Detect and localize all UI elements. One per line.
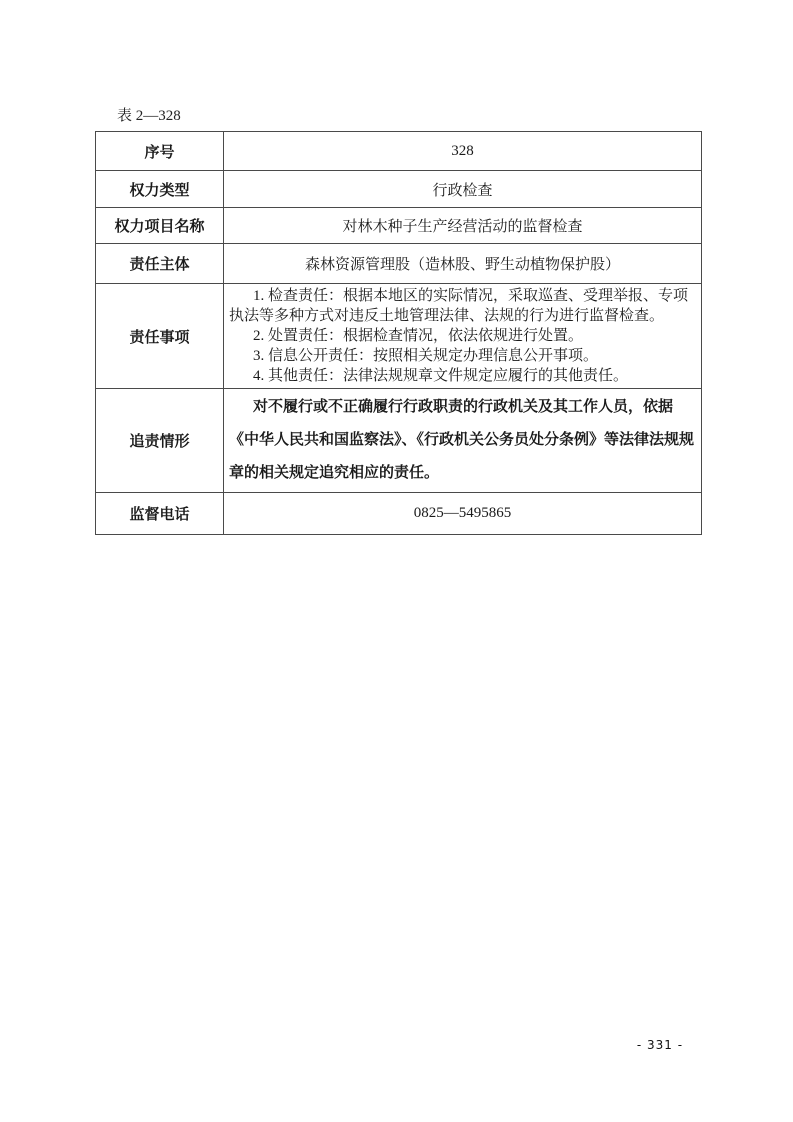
row-label-power-type: 权力类型: [96, 171, 224, 208]
page-number: - 331 -: [630, 1038, 690, 1052]
row-value-responsible-body: 森林资源管理股（造林股、野生动植物保护股）: [224, 244, 702, 284]
power-duty-table: 序号 328 权力类型 行政检查 权力项目名称 对林木种子生产经营活动的监督检查…: [95, 131, 702, 535]
row-label-responsible-body: 责任主体: [96, 244, 224, 284]
table-row-power-type: 权力类型 行政检查: [96, 171, 702, 208]
duty-item-4: 4. 其他责任：法律法规规章文件规定应履行的其他责任。: [229, 366, 696, 386]
row-label-accountability: 追责情形: [96, 389, 224, 493]
table-row-accountability: 追责情形 对不履行或不正确履行行政职责的行政机关及其工作人员，依据《中华人民共和…: [96, 389, 702, 493]
row-value-power-type: 行政检查: [224, 171, 702, 208]
row-value-power-item-name: 对林木种子生产经营活动的监督检查: [224, 208, 702, 244]
row-label-supervision-phone: 监督电话: [96, 493, 224, 535]
row-value-supervision-phone: 0825—5495865: [224, 493, 702, 535]
duty-item-2: 2. 处置责任：根据检查情况，依法依规进行处置。: [229, 326, 696, 346]
document-page: 表 2—328 序号 328 权力类型 行政检查 权力项目名称 对林木种子生产经…: [0, 0, 793, 1122]
table-row-power-item-name: 权力项目名称 对林木种子生产经营活动的监督检查: [96, 208, 702, 244]
row-value-accountability: 对不履行或不正确履行行政职责的行政机关及其工作人员，依据《中华人民共和国监察法》…: [224, 389, 702, 493]
duty-item-1: 1. 检查责任：根据本地区的实际情况，采取巡查、受理举报、专项执法等多种方式对违…: [229, 286, 696, 326]
duty-item-3: 3. 信息公开责任：按照相关规定办理信息公开事项。: [229, 346, 696, 366]
table-row-responsible-body: 责任主体 森林资源管理股（造林股、野生动植物保护股）: [96, 244, 702, 284]
row-label-serial-number: 序号: [96, 132, 224, 171]
row-value-duty-items: 1. 检查责任：根据本地区的实际情况，采取巡查、受理举报、专项执法等多种方式对违…: [224, 284, 702, 389]
row-label-power-item-name: 权力项目名称: [96, 208, 224, 244]
accountability-text: 对不履行或不正确履行行政职责的行政机关及其工作人员，依据《中华人民共和国监察法》…: [229, 391, 696, 490]
row-value-serial-number: 328: [224, 132, 702, 171]
table-row-duty-items: 责任事项 1. 检查责任：根据本地区的实际情况，采取巡查、受理举报、专项执法等多…: [96, 284, 702, 389]
table-row-supervision-phone: 监督电话 0825—5495865: [96, 493, 702, 535]
row-label-duty-items: 责任事项: [96, 284, 224, 389]
table-row-serial-number: 序号 328: [96, 132, 702, 171]
table-caption: 表 2—328: [117, 107, 181, 125]
